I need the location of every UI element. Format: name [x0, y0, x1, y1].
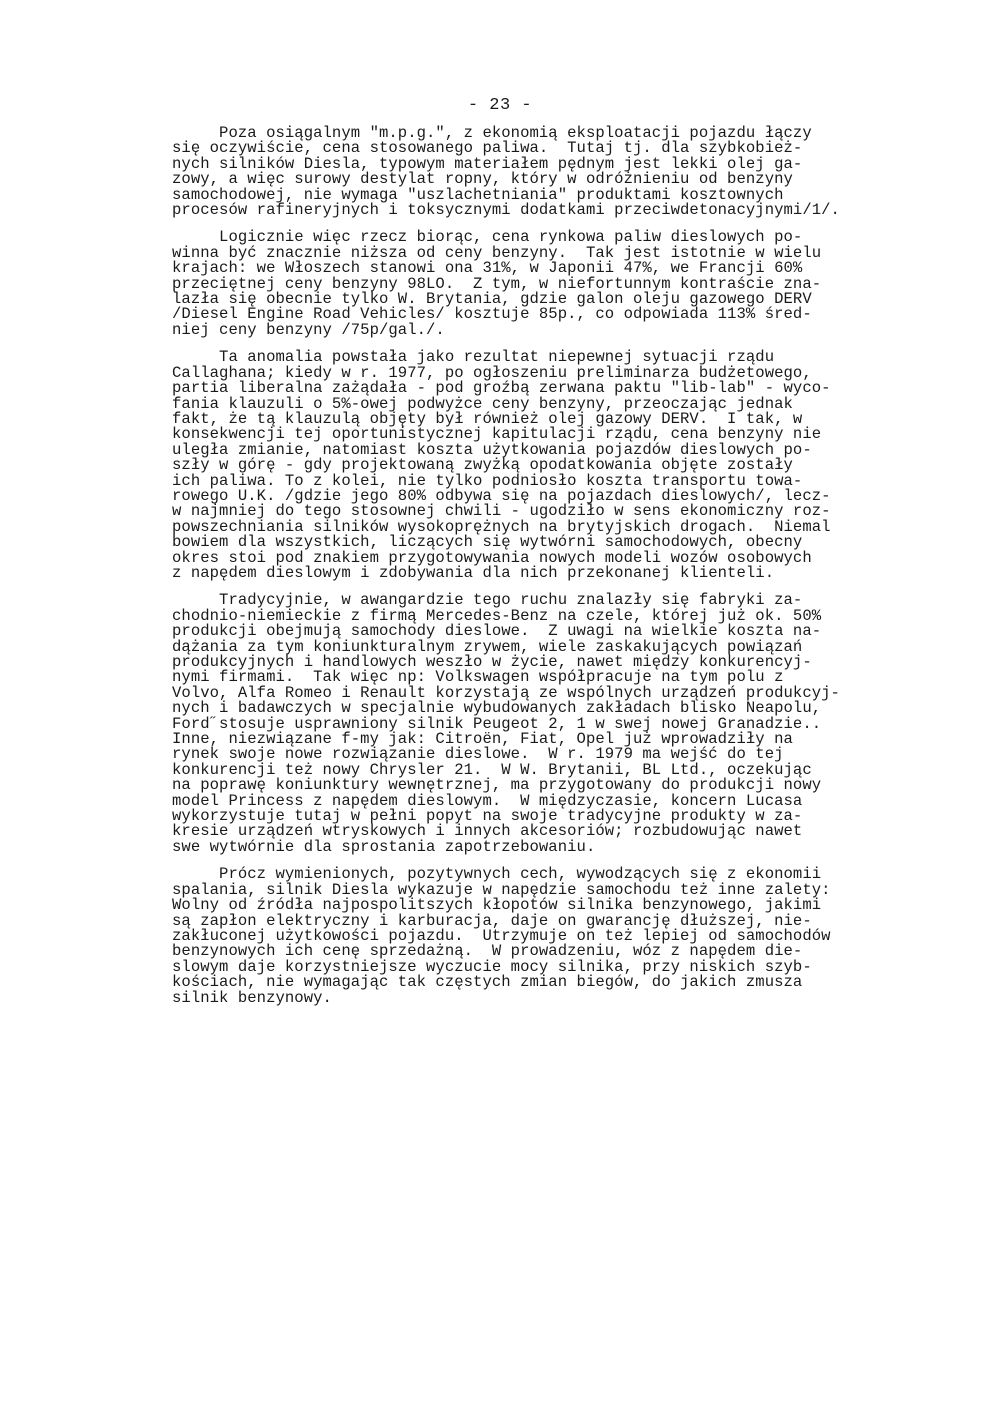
page-number: - 23 - [0, 96, 1000, 115]
paragraph: Ta anomalia powstała jako rezultat niepe… [172, 350, 892, 581]
text-line: niej ceny benzyny /75p/gal./. [172, 323, 892, 338]
text-line: silnik benzynowy. [172, 991, 892, 1006]
paragraph: Logicznie więc rzecz biorąc, cena rynkow… [172, 230, 892, 338]
text-line: z napędem dieslowym i zdobywania dla nic… [172, 566, 892, 581]
text-line: swe wytwórnie dla sprostania zapotrzebow… [172, 840, 892, 855]
paragraph: Poza osiągalnym "m.p.g.", z ekonomią eks… [172, 126, 892, 218]
paragraph: Tradycyjnie, w awangardzie tego ruchu zn… [172, 593, 892, 855]
body-text: Poza osiągalnym "m.p.g.", z ekonomią eks… [172, 126, 892, 1018]
text-line: procesów rafineryjnych i toksycznymi dod… [172, 203, 892, 218]
paragraph: Prócz wymienionych, pozytywnych cech, wy… [172, 867, 892, 1006]
document-page: - 23 - Poza osiągalnym "m.p.g.", z ekono… [0, 0, 1000, 1420]
